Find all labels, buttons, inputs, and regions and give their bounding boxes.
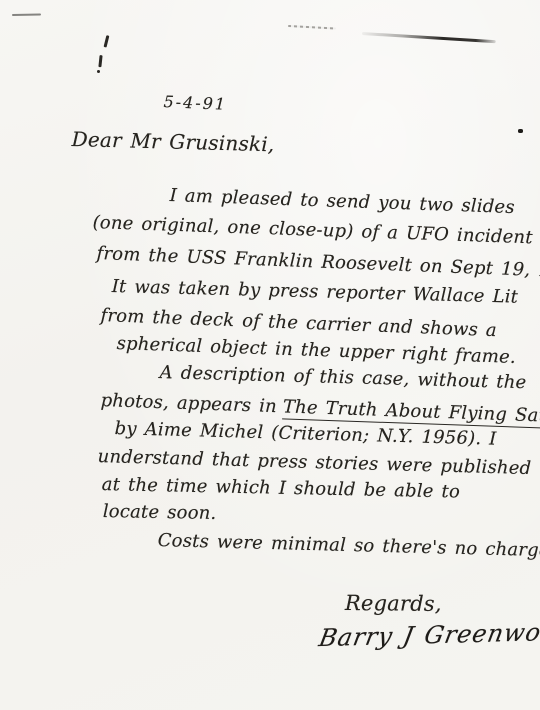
pen-tick-mark-2 <box>98 55 102 67</box>
scan-speck-artifact <box>518 129 523 133</box>
body-line-1: I am pleased to send you two slides <box>169 185 515 219</box>
scan-streak-artifact <box>362 32 496 43</box>
body-line-13: Costs were minimal so there's no charge <box>157 530 540 562</box>
body-line-2: (one original, one close-up) of a UFO in… <box>92 212 533 249</box>
pen-tick-mark-1 <box>104 35 109 47</box>
body-line-8-text: photos, appears in <box>100 390 277 417</box>
signature: Barry J Greenwood <box>317 617 540 653</box>
pen-tick-dot <box>97 70 100 73</box>
scan-dash-artifact <box>12 13 41 16</box>
letter-date: 5-4-91 <box>163 92 227 114</box>
salutation: Dear Mr Grusinski, <box>71 127 274 156</box>
body-line-11: at the time which I should be able to <box>102 474 461 503</box>
scan-smudge-artifact <box>288 25 336 30</box>
body-line-12: locate soon. <box>103 501 217 525</box>
body-line-4: It was taken by press reporter Wallace L… <box>111 276 518 308</box>
closing: Regards, <box>345 591 442 617</box>
letter-page: 5-4-91 Dear Mr Grusinski, I am pleased t… <box>0 0 540 710</box>
